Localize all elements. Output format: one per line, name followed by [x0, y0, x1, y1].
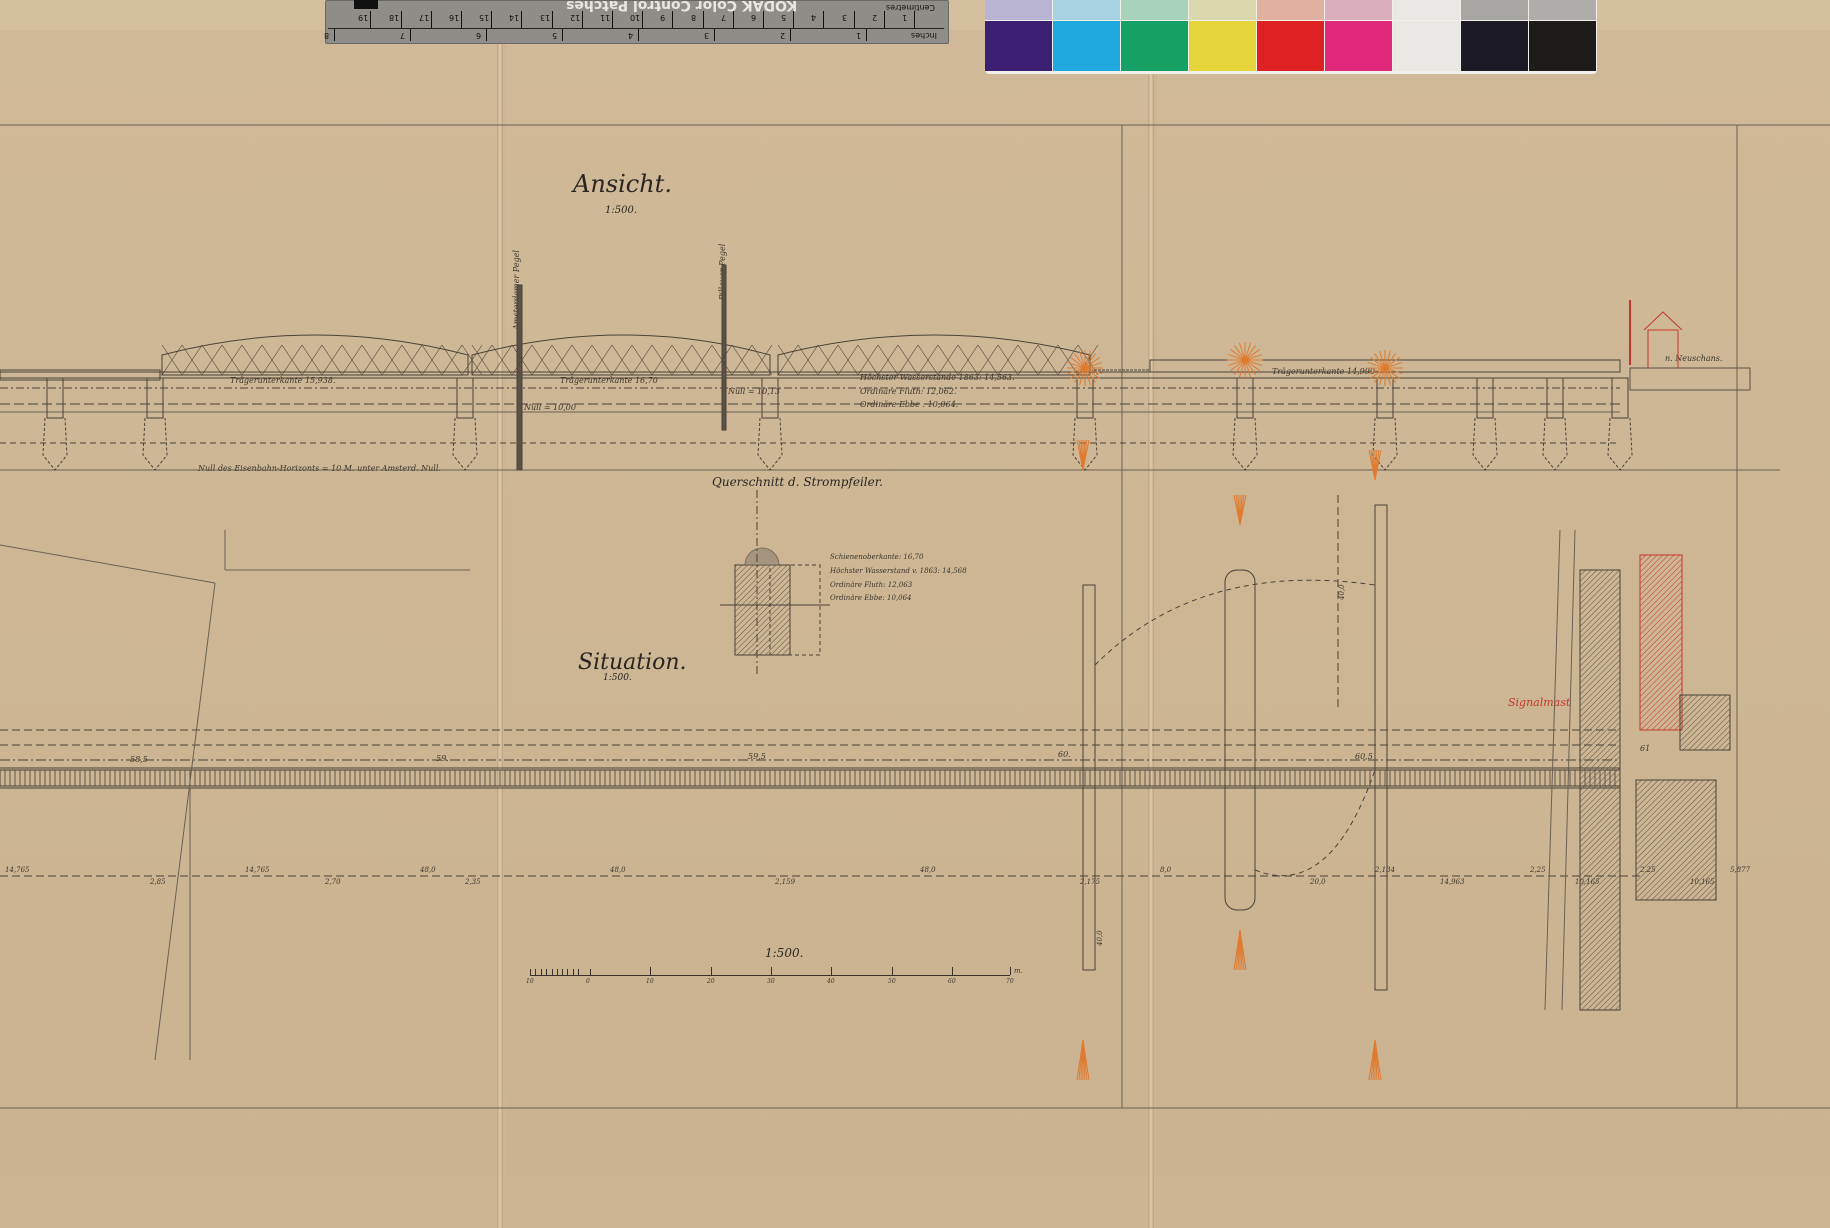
technical-drawing: [0, 0, 1830, 1228]
